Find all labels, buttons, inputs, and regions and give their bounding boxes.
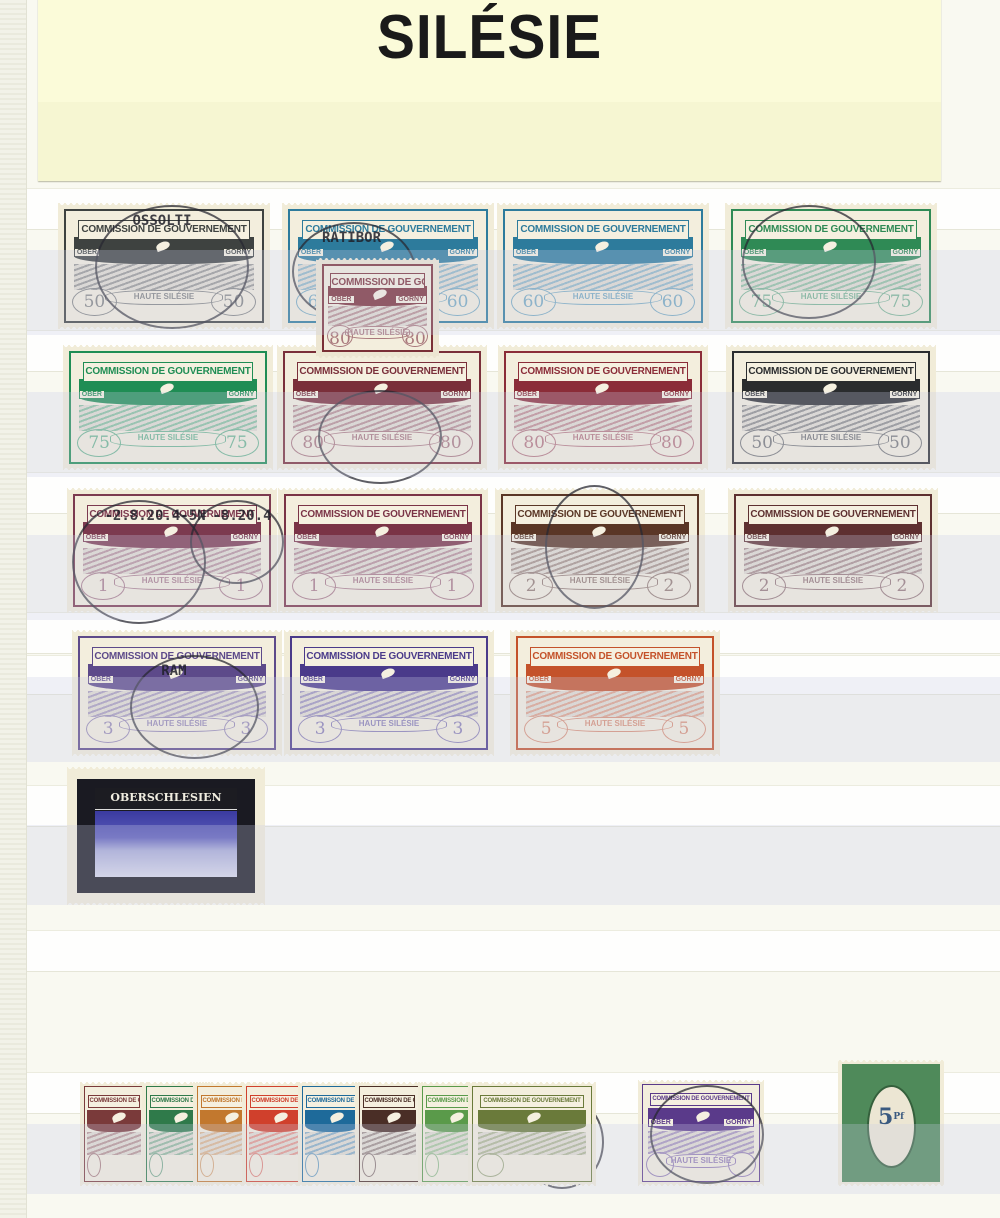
stamp-right-tab: GÓRNY <box>661 390 693 399</box>
stamp-value: 80 <box>402 325 428 347</box>
stamp-value <box>249 1153 264 1178</box>
stamp-left-tab: OBER <box>79 390 105 399</box>
stamp-ribbon: HAUTE SILÉSIE <box>110 431 226 446</box>
stamp-banner: COMMISSION DE GOUVERNEMENT <box>78 220 251 241</box>
stamp-landscape <box>744 548 923 574</box>
stamp-right-tab: GÓRNY <box>441 533 473 542</box>
stamp-banner: COMMISSION DE GOUVERNEMENT <box>517 220 690 241</box>
stamp-value: 75 <box>878 288 923 316</box>
stamp[interactable]: COMMISSION DE GOUVERNEMENT OBER GÓRNY HA… <box>72 630 282 756</box>
stamp-right-tab: GÓRNY <box>891 533 923 542</box>
stamp-landscape <box>293 405 472 431</box>
stamp-value: 5 <box>524 715 569 743</box>
stamp-value <box>425 1153 440 1178</box>
stamp-value: 3 <box>224 715 269 743</box>
stamp-ribbon: HAUTE SILÉSIE <box>345 326 409 338</box>
stamp[interactable]: COMMISSION DE GOUVERNEMENT OBER GÓRNY HA… <box>63 345 273 470</box>
stamp-right-tab: GÓRNY <box>658 533 690 542</box>
stamp-landscape <box>74 264 254 290</box>
stamp-right-tab: GÓRNY <box>226 390 258 399</box>
stamp-left-tab: OBER <box>74 248 100 257</box>
stamp-left-tab: OBER <box>294 533 320 542</box>
numeral-stamp[interactable]: 5Pf <box>838 1060 944 1186</box>
stamp-left-tab: OBER <box>742 390 768 399</box>
stamp-landscape <box>513 264 693 290</box>
stamp-ribbon: HAUTE SILÉSIE <box>544 290 662 305</box>
stamp-landscape <box>88 691 267 717</box>
stamp[interactable]: COMMISSION DE GOUVERNEMENT OBER GÓRNY HA… <box>277 345 487 470</box>
stamp-ribbon: HAUTE SILÉSIE <box>557 717 673 732</box>
stamp-value: 60 <box>435 288 480 316</box>
stamp-value: 80 <box>429 429 474 457</box>
stamp-landscape <box>87 1132 140 1155</box>
stamp-value <box>87 1153 102 1178</box>
stamp-banner: COMMISSION DE GOUVERNEMENT <box>515 505 686 526</box>
stamp-banner: COMMISSION DE GOUVERNEMENT <box>92 647 263 668</box>
stamp[interactable]: COMMISSION DE GOUVERNEMENT OBER GÓRNY HA… <box>316 258 439 358</box>
stamp-ribbon: HAUTE SILÉSIE <box>545 431 661 446</box>
stamp-banner: COMMISSION DE GOUVERNEMENT <box>304 647 475 668</box>
stamp-value: 80 <box>327 325 353 347</box>
stamp-right-tab: GÓRNY <box>723 1118 755 1127</box>
stamp-right-tab: GÓRNY <box>223 248 255 257</box>
stamp[interactable]: COMMISSION DE GOUVERNEMENT OBER GÓRNY HA… <box>726 345 936 470</box>
stamp-value: 50 <box>211 288 256 316</box>
stamp-landscape <box>83 548 262 574</box>
stamp-landscape <box>478 1132 587 1155</box>
stamp[interactable]: COMMISSION DE GOUVERNEMENT OBER GÓRNY HA… <box>725 203 937 329</box>
stamp-banner: COMMISSION DE GOUVERNEMENT <box>306 1095 357 1108</box>
stamp-banner: COMMISSION DE GOUVERNEMENT <box>746 362 917 383</box>
stamp-value: 60 <box>650 288 695 316</box>
stamp-value: 80 <box>650 429 695 457</box>
stamp-value: 50 <box>72 288 117 316</box>
stamp-left-tab: OBER <box>514 390 540 399</box>
stamp-right-tab: GÓRNY <box>889 390 921 399</box>
stamp[interactable]: COMMISSION DE GOUVERNEMENT OBER GÓRNY HA… <box>495 488 705 613</box>
stamp-value <box>149 1153 164 1178</box>
stamp-banner: COMMISSION DE GOUVERNEMENT <box>298 505 469 526</box>
stamp-ribbon: HAUTE SILÉSIE <box>325 574 441 589</box>
stamp-ribbon: HAUTE SILÉSIE <box>542 574 658 589</box>
stamp-value: 2 <box>742 572 787 600</box>
stamp-left-tab: OBER <box>648 1118 674 1127</box>
stamp-value: 2 <box>647 572 692 600</box>
stamp-value: 3 <box>298 715 343 743</box>
stamp[interactable]: COMMISSION DE GOUVERNEMENT <box>80 1082 148 1186</box>
stamp-value: 3 <box>436 715 481 743</box>
stamp-left-tab: OBER <box>328 295 354 304</box>
stamp-value <box>305 1153 320 1178</box>
stamp-left-tab: OBER <box>513 248 539 257</box>
stamp-ribbon: HAUTE SILÉSIE <box>114 574 230 589</box>
stamp-value: 50 <box>878 429 923 457</box>
stamp-banner: COMMISSION DE GOUVERNEMENT <box>83 362 254 383</box>
stamp-banner: COMMISSION DE GOUVERNEMENT <box>745 220 918 241</box>
stamp-landscape <box>742 405 921 431</box>
stamp[interactable]: COMMISSION DE GOUVERNEMENT OBER GÓRNY HA… <box>728 488 938 613</box>
stamp-left-tab: OBER <box>526 675 552 684</box>
stamp-value: 80 <box>512 429 557 457</box>
stamp[interactable]: COMMISSION DE GOUVERNEMENT OBER GÓRNY HA… <box>67 488 277 613</box>
stamp-right-tab: GÓRNY <box>662 248 694 257</box>
stamp-landscape <box>741 264 921 290</box>
stamp-banner: COMMISSION DE GOUVERNEMENT <box>363 1095 414 1108</box>
stamp-value: 2 <box>509 572 554 600</box>
stamp[interactable]: COMMISSION DE GOUVERNEMENT OBER GÓRNY HA… <box>510 630 720 756</box>
stamp-value: 3 <box>86 715 131 743</box>
label-scene <box>95 811 237 877</box>
title-card: SILÉSIE <box>38 0 941 181</box>
stamp-banner: COMMISSION DE GOUVERNEMENT <box>518 362 689 383</box>
stamp-left-tab: OBER <box>511 533 537 542</box>
stamp-value: 80 <box>291 429 336 457</box>
stamp-ribbon: HAUTE SILÉSIE <box>772 290 890 305</box>
stamp-ribbon: HAUTE SILÉSIE <box>324 431 440 446</box>
stamp-value <box>728 1152 756 1177</box>
stamp-value: 75 <box>77 429 122 457</box>
stamp-value: 50 <box>740 429 785 457</box>
stamp-landscape <box>511 548 690 574</box>
page-title: SILÉSIE <box>74 2 905 73</box>
stamp-left-tab: OBER <box>741 248 767 257</box>
stamp-right-tab: GÓRNY <box>890 248 922 257</box>
stamp-banner: COMMISSION DE GOUVERNEMENT <box>480 1095 584 1108</box>
stamp-left-tab: OBER <box>88 675 114 684</box>
stamp-value <box>646 1152 674 1177</box>
oberschlesien-label-stamp[interactable]: OBERSCHLESIEN <box>67 767 265 905</box>
stamp-right-tab: GÓRNY <box>395 295 427 304</box>
stamp-banner: COMMISSION DE GOUVERNEMENT <box>302 220 475 241</box>
stamp-right-tab: GÓRNY <box>447 675 479 684</box>
stamp-landscape <box>249 1132 302 1155</box>
stamp-banner: COMMISSION DE GOUVERNEMENT <box>297 362 468 383</box>
stamp-landscape <box>300 691 479 717</box>
label-title: OBERSCHLESIEN <box>95 788 237 810</box>
stamp-value: 2 <box>880 572 925 600</box>
stamp-ribbon: HAUTE SILÉSIE <box>331 717 447 732</box>
stamp-value <box>477 1153 505 1178</box>
stamp-value: 5 <box>662 715 707 743</box>
stamp-ribbon: HAUTE SILÉSIE <box>119 717 235 732</box>
numeral-value: 5Pf <box>867 1085 916 1168</box>
stamp-right-tab: GÓRNY <box>235 675 267 684</box>
stamp-banner: COMMISSION DE GOUVERNEMENT <box>87 505 258 526</box>
stamp-banner: COMMISSION DE GOUVERNEMENT <box>748 505 919 526</box>
stamp[interactable]: COMMISSION DE GOUVERNEMENT <box>355 1082 423 1186</box>
stamp-landscape <box>305 1132 358 1155</box>
stamp[interactable]: COMMISSION DE GOUVERNEMENT OBER GÓRNY HA… <box>498 345 708 470</box>
stamp-banner: COMMISSION DE GOUVERNEMENT <box>250 1095 301 1108</box>
stamp-left-tab: OBER <box>83 533 109 542</box>
stamp-value: 1 <box>81 572 126 600</box>
glassine-strip <box>27 930 1000 972</box>
stamp-value: 60 <box>511 288 556 316</box>
stamp-value: 1 <box>292 572 337 600</box>
stamp[interactable]: COMMISSION DE GOUVERNEMENT OBER GÓRNY HA… <box>497 203 709 329</box>
stamp-right-tab: GÓRNY <box>673 675 705 684</box>
stamp-landscape <box>362 1132 415 1155</box>
stamp-value: 75 <box>215 429 260 457</box>
stamp-ribbon: HAUTE SILÉSIE <box>773 431 889 446</box>
stamp-banner: COMMISSION DE GOUVERNEMENT <box>650 1093 752 1107</box>
stamp-right-tab: GÓRNY <box>447 248 479 257</box>
stamp-banner: COMMISSION DE GOUVERNEMENT <box>88 1095 139 1108</box>
stamp-left-tab: OBER <box>293 390 319 399</box>
stamp-value <box>362 1153 377 1178</box>
stamp-right-tab: GÓRNY <box>440 390 472 399</box>
stamp[interactable]: COMMISSION DE GOUVERNEMENT OBER GÓRNY HA… <box>284 630 494 756</box>
album-binding <box>0 0 27 1218</box>
stamp-left-tab: OBER <box>744 533 770 542</box>
stamp-landscape <box>328 306 426 326</box>
stamp[interactable]: COMMISSION DE GOUVERNEMENT OBER GÓRNY HA… <box>638 1080 764 1186</box>
stamp-ribbon: HAUTE SILÉSIE <box>775 574 891 589</box>
stamp-value: 1 <box>219 572 264 600</box>
stamp-banner: COMMISSION DE GOUVERNEMENT <box>530 647 701 668</box>
stamp-value: 75 <box>739 288 784 316</box>
stamp-landscape <box>648 1131 755 1154</box>
stamp-ribbon: HAUTE SILÉSIE <box>666 1154 736 1168</box>
stamp-value: 1 <box>430 572 475 600</box>
stamp-ribbon: HAUTE SILÉSIE <box>105 290 223 305</box>
stamp[interactable]: COMMISSION DE GOUVERNEMENT <box>468 1082 596 1186</box>
stamp[interactable]: COMMISSION DE GOUVERNEMENT OBER GÓRNY HA… <box>278 488 488 613</box>
stamp-value <box>200 1153 215 1178</box>
stamp-banner: COMMISSION DE GOUVERNEMENT <box>330 273 424 289</box>
stamp-landscape <box>294 548 473 574</box>
stamp-right-tab: GÓRNY <box>230 533 262 542</box>
stamp-landscape <box>526 691 705 717</box>
stamp-left-tab: OBER <box>300 675 326 684</box>
stamp-landscape <box>79 405 258 431</box>
stamp-left-tab: OBER <box>298 248 324 257</box>
stamp[interactable]: COMMISSION DE GOUVERNEMENT OBER GÓRNY HA… <box>58 203 270 329</box>
stamp-landscape <box>514 405 693 431</box>
